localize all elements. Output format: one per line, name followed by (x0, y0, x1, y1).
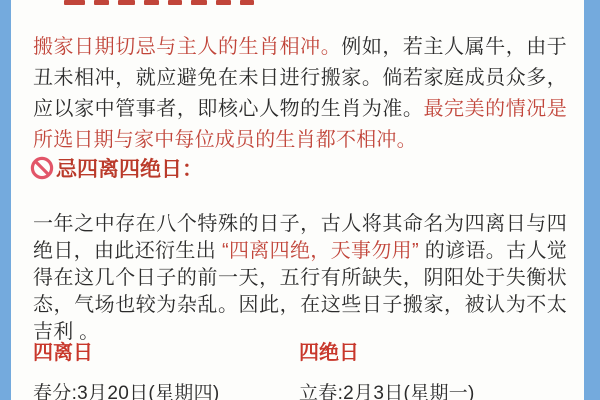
cropped-heading-fragment (191, 0, 207, 5)
intro-paragraph: 搬家日期切忌与主人的生肖相冲。例如，若主人属牛，由于丑未相冲，就应避免在未日进行… (33, 32, 567, 156)
section-paragraph: 一年之中存在八个特殊的日子，古人将其命名为四离日与四绝日，由此还衍生出 “四离四… (33, 211, 567, 346)
left-border-strip (0, 0, 11, 400)
si-jue-ri-entry: 立春:2月3日(星期一) (299, 378, 565, 400)
cropped-heading-fragments (64, 0, 254, 5)
si-li-ri-entry: 春分:3月20日(星期四) (33, 378, 299, 400)
cropped-heading-fragment (118, 0, 135, 5)
special-days-columns: 四离日 春分:3月20日(星期四) 四绝日 立春:2月3日(星期一) (33, 336, 565, 400)
si-jue-ri-title: 四绝日 (299, 336, 565, 365)
cropped-heading-fragment (144, 0, 159, 5)
right-border-strip (584, 0, 600, 400)
cropped-heading-fragment (168, 0, 182, 5)
section-heading-label: 忌四离四绝日： (56, 153, 203, 183)
section-paragraph-quote-red: “四离四绝，天事勿用” (222, 240, 419, 262)
si-jue-ri-column: 四绝日 立春:2月3日(星期一) (299, 336, 565, 400)
intro-lead-red-text: 搬家日期切忌与主人的生肖相冲。 (33, 36, 341, 58)
section-heading: 忌四离四绝日： (30, 153, 203, 183)
si-li-ri-title: 四离日 (33, 336, 299, 365)
no-entry-icon (30, 156, 54, 180)
cropped-heading-fragment (64, 0, 85, 5)
cropped-heading-fragment (216, 0, 231, 5)
cropped-heading-fragment (240, 0, 254, 5)
si-li-ri-column: 四离日 春分:3月20日(星期四) (33, 336, 299, 400)
cropped-heading-fragment (94, 0, 109, 5)
